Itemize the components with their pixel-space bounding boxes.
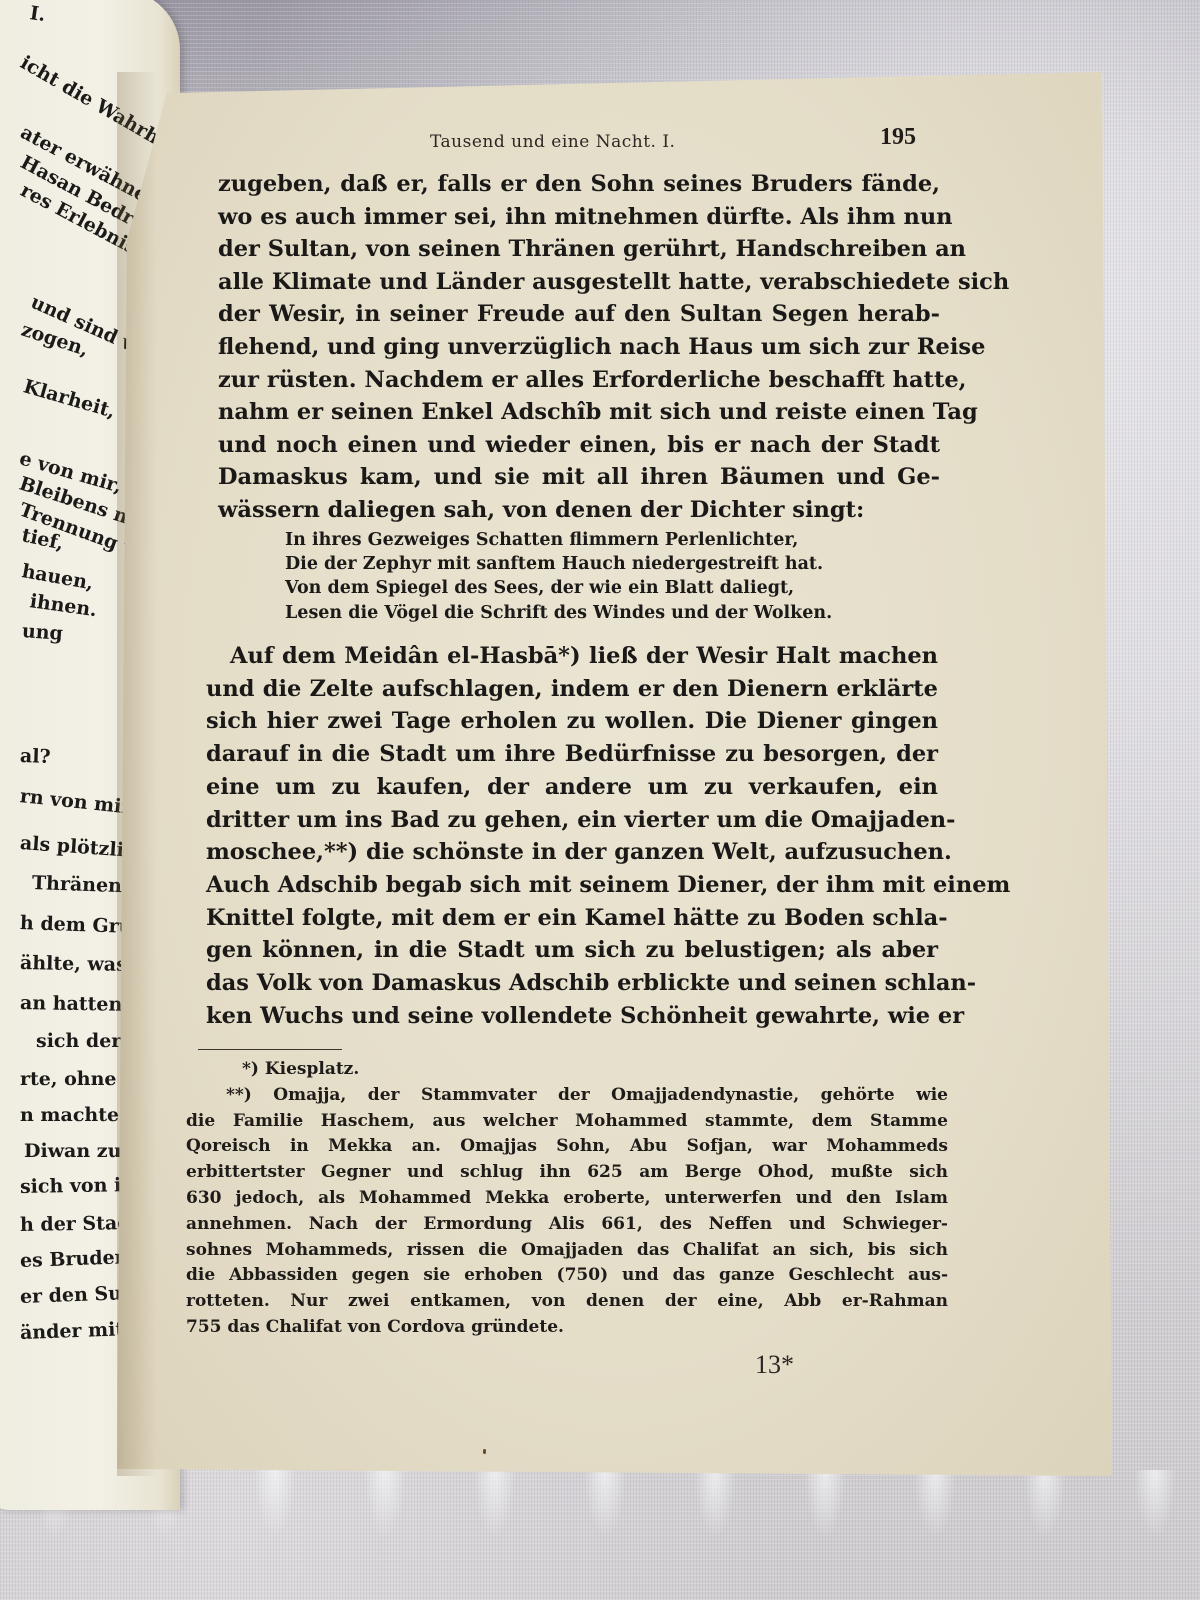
text-line: und noch einen und wieder einen, bis er … xyxy=(218,429,940,462)
text-line: ken Wuchs und seine vollendete Schönheit… xyxy=(206,1000,938,1033)
left-page-text-fragment: Klarheit, xyxy=(21,375,118,422)
footnote-line: sohnes Mohammeds, rissen die Omajjaden d… xyxy=(186,1238,948,1264)
text-line: der Sultan, von seinen Thränen gerührt, … xyxy=(218,233,940,266)
running-head: Tausend und eine Nacht. I. xyxy=(430,132,675,152)
footnote-line: **) Omajja, der Stammvater der Omajjaden… xyxy=(186,1083,948,1109)
text-line: darauf in die Stadt um ihre Bedürfnisse … xyxy=(206,738,938,771)
tablecloth-pattern xyxy=(0,1470,1200,1600)
footnote-line: *) Kiesplatz. xyxy=(186,1057,948,1083)
verse-line: Von dem Spiegel des Sees, der wie ein Bl… xyxy=(285,576,832,600)
text-line: moschee,**) die schönste in der ganzen W… xyxy=(206,836,938,869)
text-line: eine um zu kaufen, der andere um zu verk… xyxy=(206,771,938,804)
printer-signature-mark: 13* xyxy=(755,1350,794,1380)
verse-line: Die der Zephyr mit sanftem Hauch niederg… xyxy=(285,552,832,576)
left-page-text-fragment: ihnen. xyxy=(28,590,98,621)
text-line: alle Klimate und Länder ausgestellt hatt… xyxy=(218,266,940,299)
text-line: und die Zelte aufschlagen, indem er den … xyxy=(206,673,938,706)
footnote-line: 755 das Chalifat von Cordova gründete. xyxy=(186,1315,948,1341)
footnote-line: annehmen. Nach der Ermordung Alis 661, d… xyxy=(186,1212,948,1238)
text-line: zugeben, daß er, falls er den Sohn seine… xyxy=(218,168,940,201)
left-page-text-fragment: al? xyxy=(20,745,51,768)
text-line: sich hier zwei Tage erholen zu wollen. D… xyxy=(206,705,938,738)
text-line: der Wesir, in seiner Freude auf den Sult… xyxy=(218,298,940,331)
text-line: Knittel folgte, mit dem er ein Kamel hät… xyxy=(206,902,938,935)
footnote-line: 630 jedoch, als Mohammed Mekka eroberte,… xyxy=(186,1186,948,1212)
text-line: wo es auch immer sei, ihn mitnehmen dürf… xyxy=(218,201,940,234)
verse-line: Lesen die Vögel die Schrift des Windes u… xyxy=(285,601,832,625)
poem-verse: In ihres Gezweiges Schatten flimmern Per… xyxy=(285,528,832,625)
footnote-line: Qoreisch in Mekka an. Omajjas Sohn, Abu … xyxy=(186,1134,948,1160)
left-page-text-fragment: ung xyxy=(21,620,63,645)
left-page-text-fragment: es Bruders xyxy=(20,1246,136,1272)
text-line: flehend, und ging unverzüglich nach Haus… xyxy=(218,331,940,364)
paper-speck xyxy=(483,1449,486,1454)
left-page-text-fragment: änder mit- xyxy=(20,1318,133,1344)
footnote-line: rotteten. Nur zwei entkamen, von denen d… xyxy=(186,1289,948,1315)
text-line: gen können, in die Stadt um sich zu belu… xyxy=(206,934,938,967)
paragraph-1: zugeben, daß er, falls er den Sohn seine… xyxy=(218,168,940,527)
text-line: Auf dem Meidân el-Hasbā*) ließ der Wesir… xyxy=(206,640,938,673)
footnote-divider xyxy=(198,1049,342,1050)
text-line: das Volk von Damaskus Adschib erblickte … xyxy=(206,967,938,1000)
footnote-line: erbittertster Gegner und schlug ihn 625 … xyxy=(186,1160,948,1186)
left-page-text-fragment: I. xyxy=(28,2,46,26)
text-line: Damaskus kam, und sie mit all ihren Bäum… xyxy=(218,461,940,494)
footnote-line: die Abbassiden gegen sie erhoben (750) u… xyxy=(186,1263,948,1289)
text-line: wässern daliegen sah, von denen der Dich… xyxy=(218,494,940,527)
text-line: nahm er seinen Enkel Adschîb mit sich un… xyxy=(218,396,940,429)
text-line: zur rüsten. Nachdem er alles Erforderlic… xyxy=(218,364,940,397)
text-line: dritter um ins Bad zu gehen, ein vierter… xyxy=(206,804,938,837)
footnotes: *) Kiesplatz. **) Omajja, der Stammvater… xyxy=(186,1057,948,1341)
footnote-line: die Familie Haschem, aus welcher Mohamme… xyxy=(186,1109,948,1135)
page-number: 195 xyxy=(880,124,916,151)
verse-line: In ihres Gezweiges Schatten flimmern Per… xyxy=(285,528,832,552)
paragraph-2: Auf dem Meidân el-Hasbā*) ließ der Wesir… xyxy=(206,640,938,1032)
text-line: Auch Adschib begab sich mit seinem Diene… xyxy=(206,869,938,902)
